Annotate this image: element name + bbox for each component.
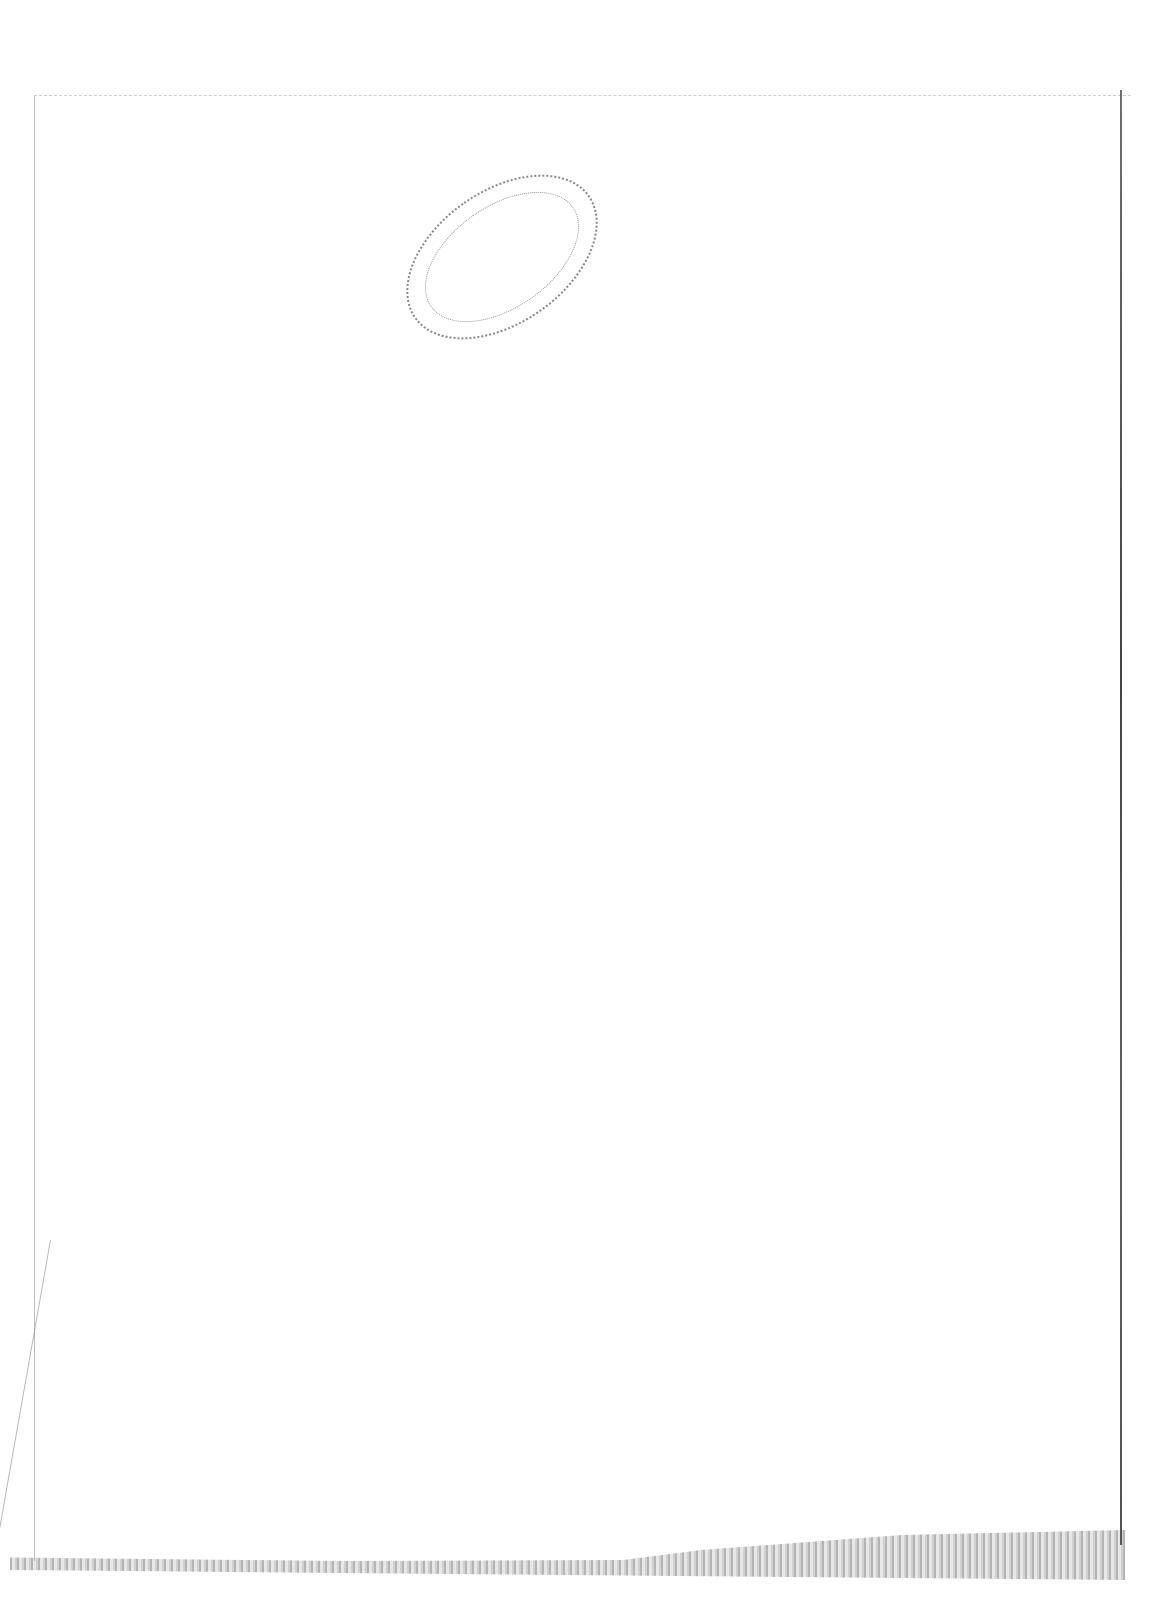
paper-sheet <box>34 95 1131 1561</box>
paper-right-edge <box>1120 90 1122 1545</box>
document-page <box>0 0 1157 1600</box>
